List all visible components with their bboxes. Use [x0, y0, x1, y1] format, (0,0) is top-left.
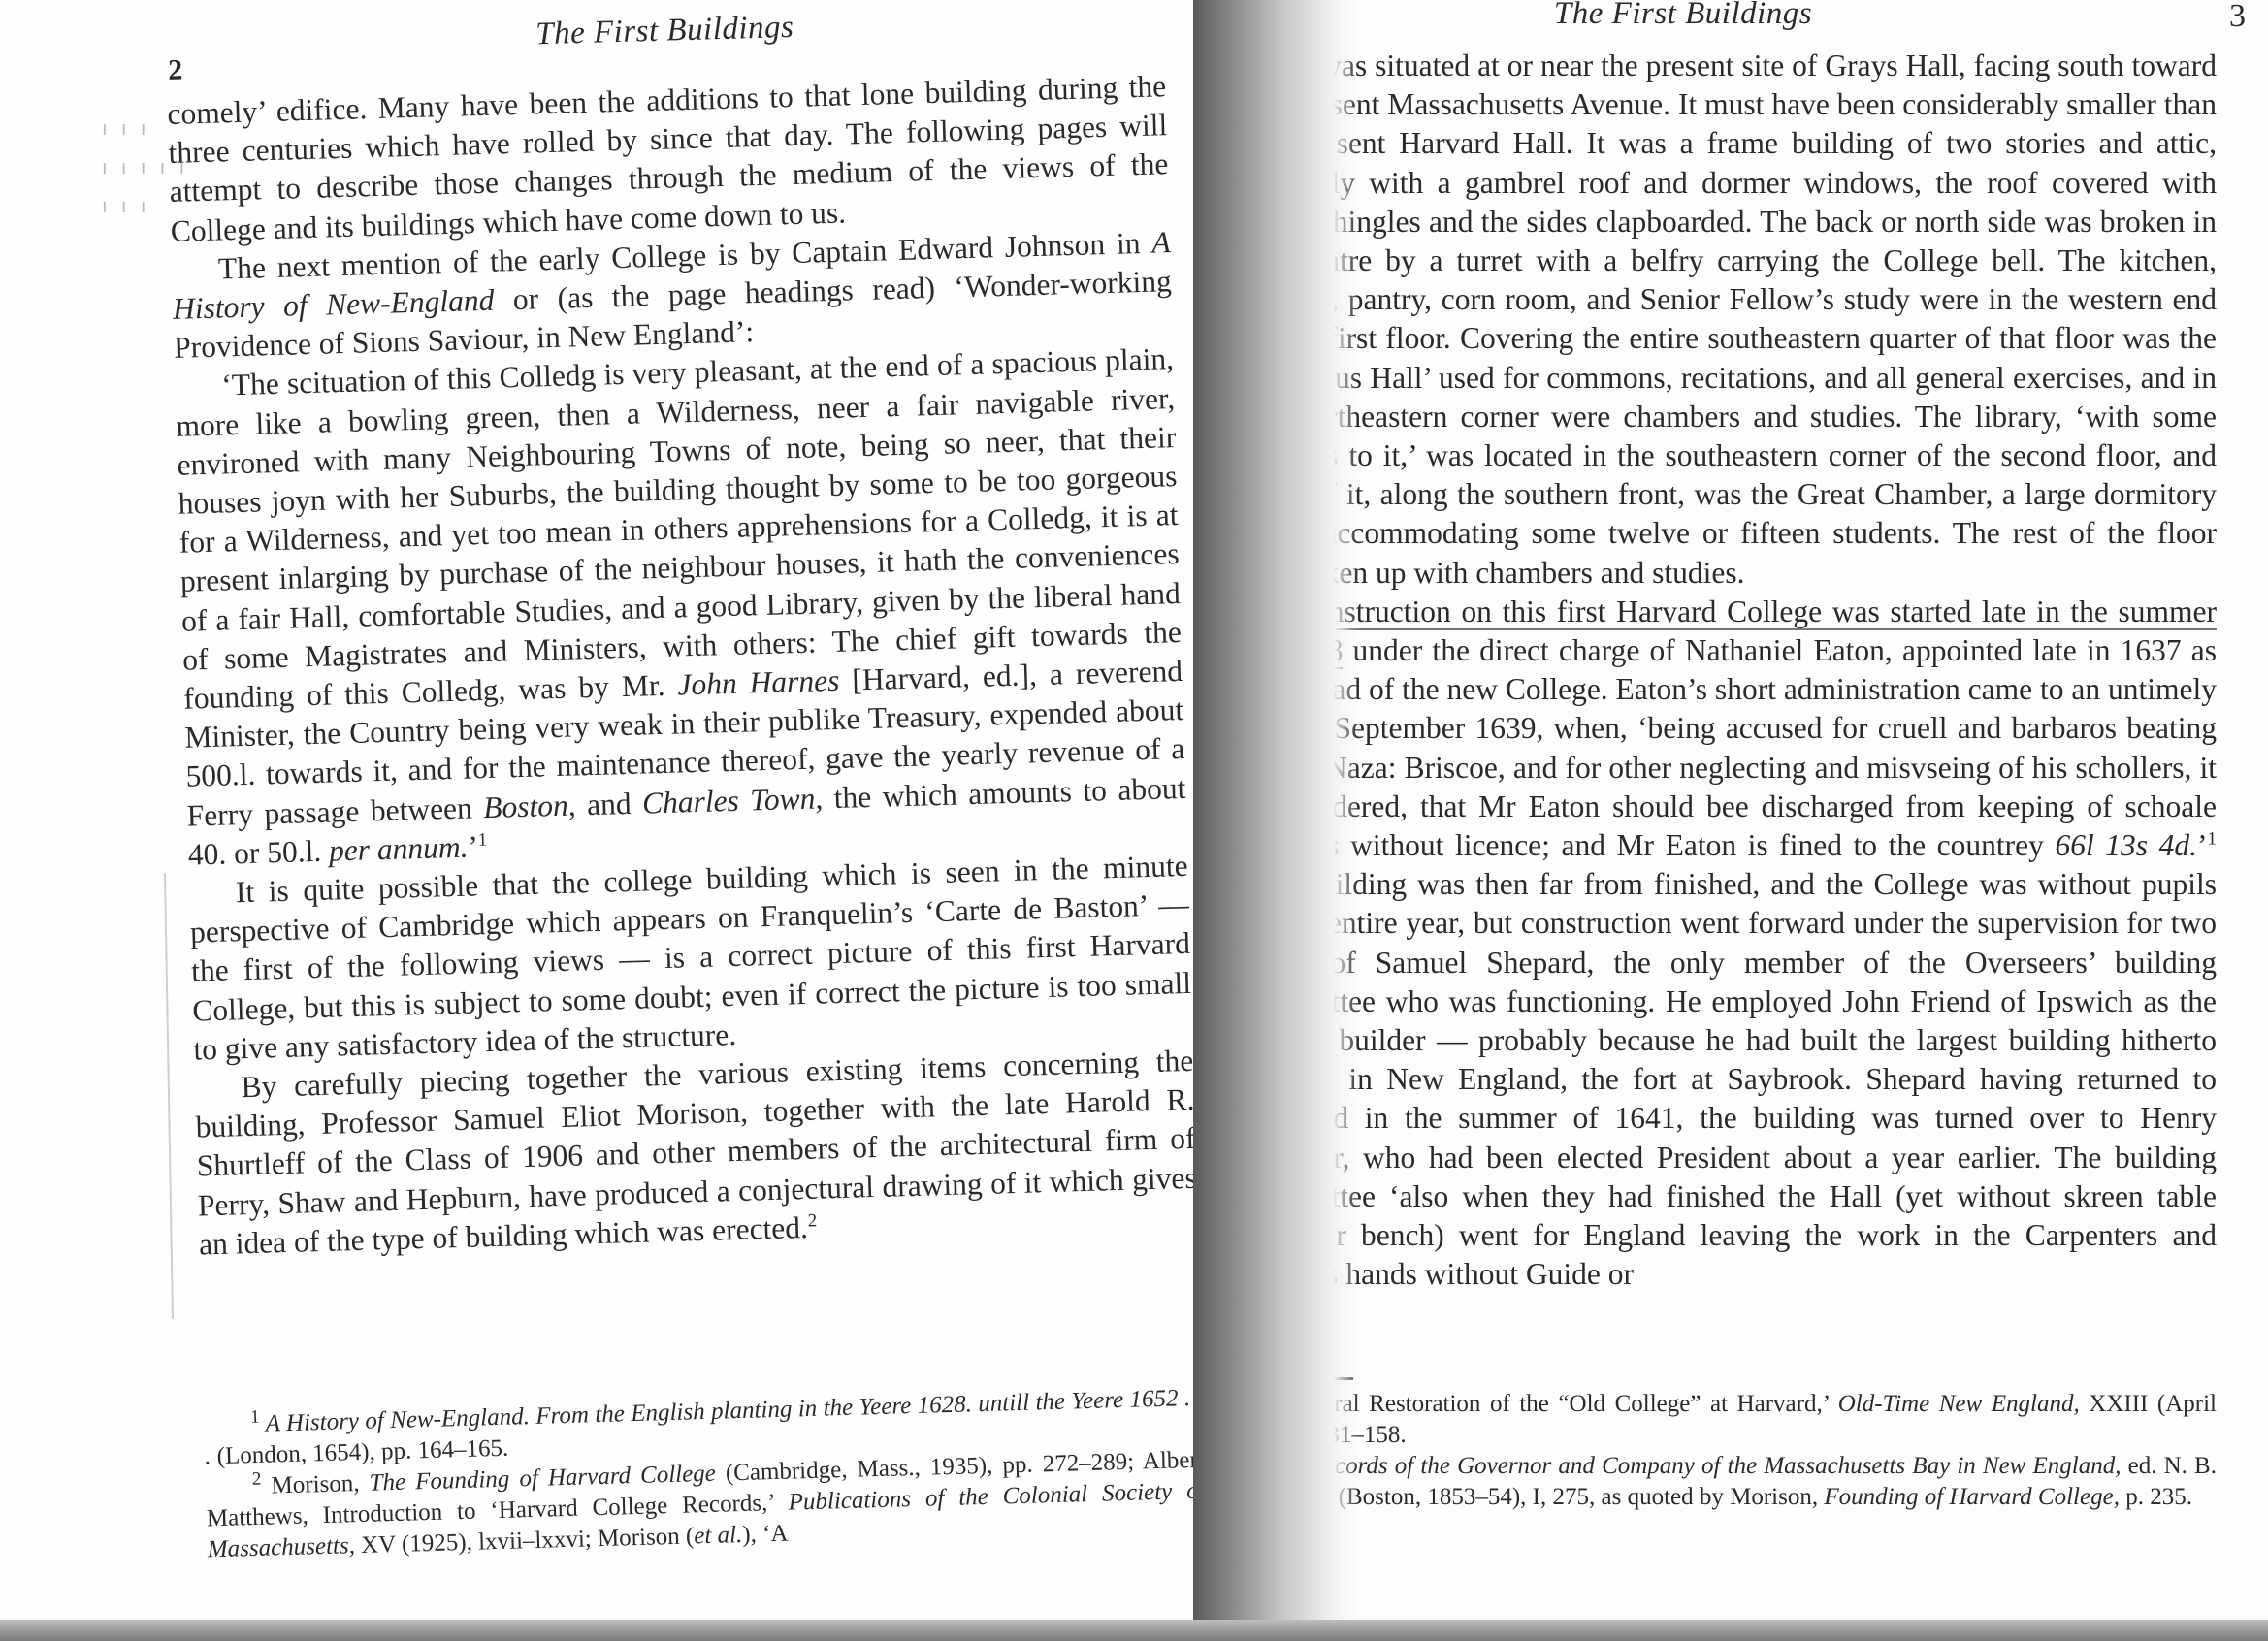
text-run: Morison,	[261, 1470, 370, 1499]
italic-run: The Founding of Harvard College	[369, 1461, 716, 1496]
paragraph: It was situated at or near the present s…	[1247, 47, 2217, 593]
right-body-text: It was situated at or near the present s…	[1247, 47, 2217, 1295]
footnote-marker: 1	[477, 829, 487, 850]
text-run: By carefully piecing together the variou…	[195, 1044, 1197, 1261]
footnote-1: 1 Records of the Governor and Company of…	[1247, 1451, 2217, 1513]
text-run: and	[575, 786, 642, 821]
italic-run: Charles Town,	[642, 781, 824, 820]
italic-run: Old-Time New England,	[1838, 1391, 2080, 1417]
text-run: XV (1925), lxvii–lxxvi; Morison (	[354, 1523, 694, 1559]
paragraph: Construction on this first Harvard Colle…	[1247, 593, 2217, 1295]
italic-run: John Harnes	[677, 663, 840, 702]
footnote-continuation: Conjectural Restoration of the “Old Coll…	[1247, 1389, 2217, 1451]
right-footnotes: Conjectural Restoration of the “Old Coll…	[1247, 1389, 2217, 1513]
footnote-marker: 1	[1293, 1449, 1303, 1469]
italic-run: 66l 13s 4d.	[2055, 828, 2197, 862]
italic-run: Boston,	[483, 788, 576, 824]
footnote-rule	[1237, 1377, 1353, 1380]
italic-run: Founding of Harvard College,	[1824, 1484, 2120, 1510]
text-run: The building was then far from finished,…	[1247, 867, 2217, 1291]
paragraph: By carefully piecing together the variou…	[194, 1042, 1198, 1265]
left-footnotes: 1 A History of New-England. From the Eng…	[204, 1383, 1207, 1566]
italic-run: per annum.	[329, 829, 469, 867]
text-run: (London, 1654), pp. 164–165.	[211, 1435, 509, 1470]
italic-run: et al.	[694, 1522, 743, 1549]
text-run: ’	[2197, 828, 2208, 862]
footnote-marker: 2	[252, 1468, 262, 1489]
footnote-marker: 2	[807, 1210, 817, 1231]
running-head-right: The First Buildings	[1247, 0, 2120, 32]
text-run: ), ‘A	[742, 1521, 789, 1548]
text-run: Conjectural Restoration of the “Old Coll…	[1247, 1391, 1838, 1417]
text-run: p. 235.	[2120, 1484, 2192, 1510]
italic-run: Records of the Governor and Company of t…	[1303, 1453, 2122, 1479]
paragraph: It is quite possible that the college bu…	[188, 847, 1192, 1070]
footnote-marker: 1	[2208, 829, 2218, 850]
left-body-text: comely’ edifice. Many have been the addi…	[167, 67, 1198, 1264]
footnote-marker: 1	[250, 1407, 260, 1428]
page-number-right: 3	[2229, 0, 2246, 35]
paragraph: comely’ edifice. Many have been the addi…	[167, 67, 1170, 251]
block-quote: ‘The scituation of this Colledg is very …	[175, 340, 1187, 875]
scan-bottom-edge	[0, 1620, 2268, 1641]
